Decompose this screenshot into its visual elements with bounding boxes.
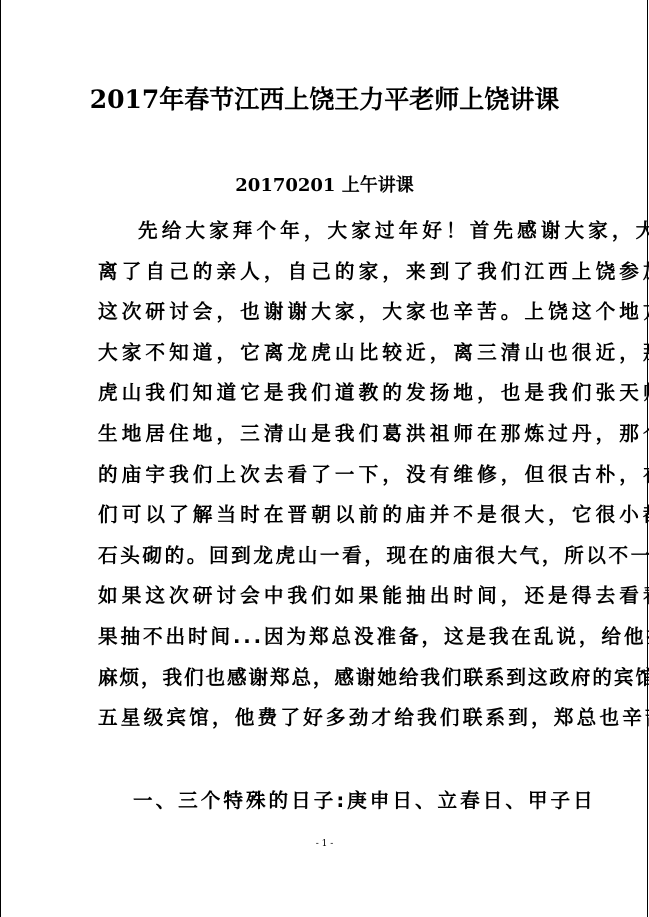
- document-title: 2017年春节江西上饶王力平老师上饶讲课: [0, 84, 649, 116]
- body-line: 如果这次研讨会中我们如果能抽出时间，还是得去看看，如: [98, 580, 554, 621]
- body-line: 虎山我们知道它是我们道教的发扬地，也是我们张天师的出: [98, 377, 554, 418]
- body-line: 五星级宾馆，他费了好多劲才给我们联系到，郑总也辛苦。: [98, 702, 554, 743]
- body-line: 果抽不出时间...因为郑总没准备，这是我在乱说，给他找: [98, 621, 554, 662]
- body-line: 离了自己的亲人，自己的家，来到了我们江西上饶参加我们: [98, 256, 554, 297]
- body-line: 石头砌的。回到龙虎山一看，现在的庙很大气，所以不一样。: [98, 540, 554, 581]
- body-line: 先给大家拜个年，大家过年好！首先感谢大家，大家远: [98, 215, 554, 256]
- body-line: 大家不知道，它离龙虎山比较近，离三清山也很近，那么龙: [98, 337, 554, 378]
- body-line: 生地居住地，三清山是我们葛洪祖师在那炼过丹，那个炼丹: [98, 418, 554, 459]
- section-heading: 一、三个特殊的日子:庚申日、立春日、甲子日: [133, 785, 596, 817]
- body-line: 这次研讨会，也谢谢大家，大家也辛苦。上饶这个地方可能: [98, 296, 554, 337]
- body-line: 的庙宇我们上次去看了一下，没有维修，但很古朴，在那我: [98, 459, 554, 500]
- page-border-right: [647, 0, 648, 917]
- page-border-left: [0, 0, 1, 917]
- document-subtitle: 20170201 上午讲课: [0, 173, 649, 199]
- body-line: 们可以了解当时在晋朝以前的庙并不是很大，它很小都是用: [98, 499, 554, 540]
- document-body: 先给大家拜个年，大家过年好！首先感谢大家，大家远 离了自己的亲人，自己的家，来到…: [98, 215, 554, 743]
- body-line: 麻烦，我们也感谢郑总，感谢她给我们联系到这政府的宾馆，: [98, 662, 554, 703]
- page-number: - 1 -: [0, 838, 649, 850]
